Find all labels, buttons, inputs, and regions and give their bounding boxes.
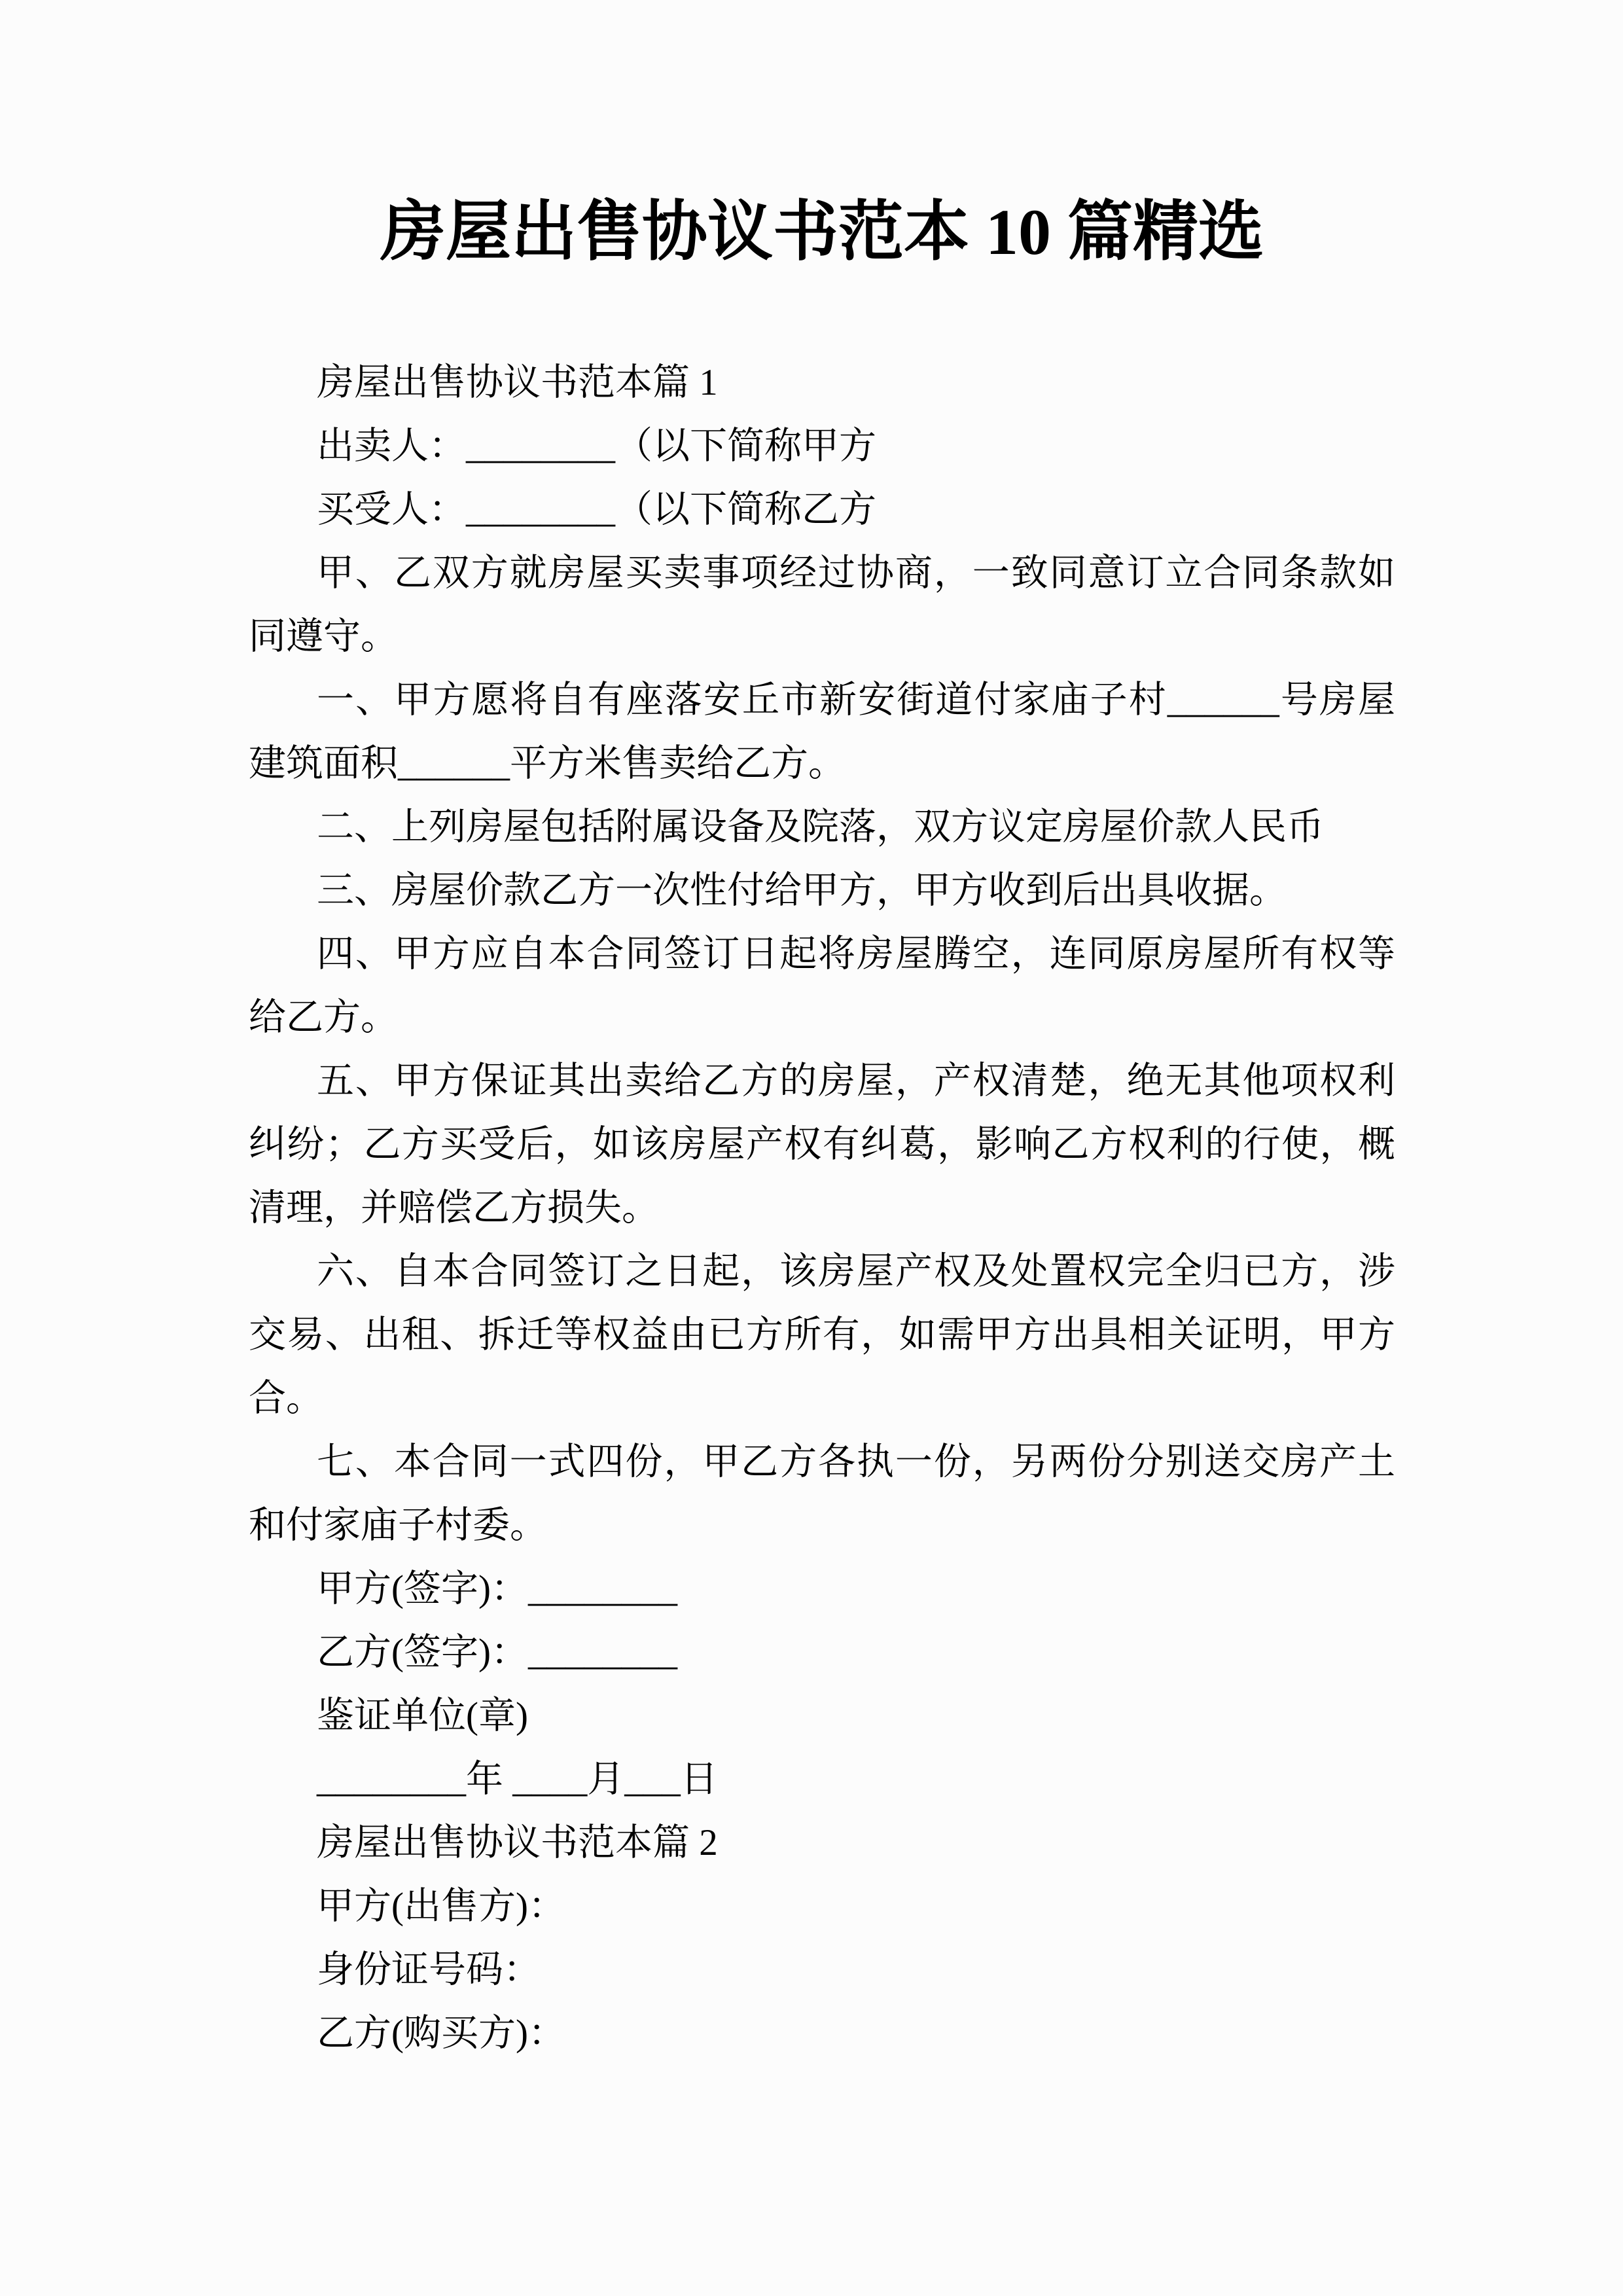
document-line: 甲方(签字)：________ bbox=[249, 1557, 1395, 1621]
document-line: 交易、出租、拆迁等权益由已方所有，如需甲方出具相关证明，甲方应无条件配 bbox=[249, 1303, 1395, 1367]
document-line: 和付家庙子村委。 bbox=[249, 1494, 1395, 1557]
document-line: 出卖人：________（以下简称甲方 bbox=[249, 414, 1395, 478]
document-line: 二、上列房屋包括附属设备及院落，双方议定房屋价款人民币________元。 bbox=[249, 795, 1395, 859]
document-body: 房屋出售协议书范本篇 1出卖人：________（以下简称甲方买受人：_____… bbox=[249, 351, 1395, 2065]
document-line: 一、甲方愿将自有座落安丘市新安街道付家庙子村______号房屋______间， bbox=[249, 668, 1395, 732]
document-line: 甲、乙双方就房屋买卖事项经过协商，一致同意订立合同条款如下，以便共 bbox=[249, 541, 1395, 605]
document-line: 买受人：________（以下简称乙方 bbox=[249, 478, 1395, 541]
document-line: 三、房屋价款乙方一次性付给甲方，甲方收到后出具收据。 bbox=[249, 859, 1395, 922]
document-line: 乙方(购买方)： bbox=[249, 2001, 1395, 2065]
document-line: 六、自本合同签订之日起，该房屋产权及处置权完全归已方，涉及该房屋的 bbox=[249, 1240, 1395, 1303]
document-line: 清理，并赔偿乙方损失。 bbox=[249, 1176, 1395, 1240]
document-line: 同遵守。 bbox=[249, 605, 1395, 668]
document-line: 房屋出售协议书范本篇 2 bbox=[249, 1811, 1395, 1874]
document-line: 房屋出售协议书范本篇 1 bbox=[249, 351, 1395, 414]
document-line: 给乙方。 bbox=[249, 986, 1395, 1049]
document-line: ________年 ____月___日 bbox=[249, 1748, 1395, 1811]
page-title: 房屋出售协议书范本 10 篇精选 bbox=[249, 193, 1395, 272]
document-line: 四、甲方应自本合同签订日起将房屋腾空，连同原房屋所有权等有关证件交 bbox=[249, 922, 1395, 986]
document-line: 乙方(签字)：________ bbox=[249, 1621, 1395, 1684]
document-line: 甲方(出售方)： bbox=[249, 1874, 1395, 1938]
document-page: 房屋出售协议书范本 10 篇精选 房屋出售协议书范本篇 1出卖人：_______… bbox=[0, 0, 1623, 2296]
document-line: 五、甲方保证其出卖给乙方的房屋，产权清楚，绝无其他项权利设定或其他 bbox=[249, 1049, 1395, 1113]
document-line: 建筑面积______平方米售卖给乙方。 bbox=[249, 732, 1395, 795]
document-line: 身份证号码： bbox=[249, 1938, 1395, 2001]
document-line: 鉴证单位(章) bbox=[249, 1684, 1395, 1748]
document-line: 七、本合同一式四份，甲乙方各执一份，另两份分别送交房产土地管理机关 bbox=[249, 1430, 1395, 1494]
document-line: 纠纷；乙方买受后，如该房屋产权有纠葛，影响乙方权利的行使，概由甲方负责 bbox=[249, 1113, 1395, 1176]
document-line: 合。 bbox=[249, 1367, 1395, 1430]
